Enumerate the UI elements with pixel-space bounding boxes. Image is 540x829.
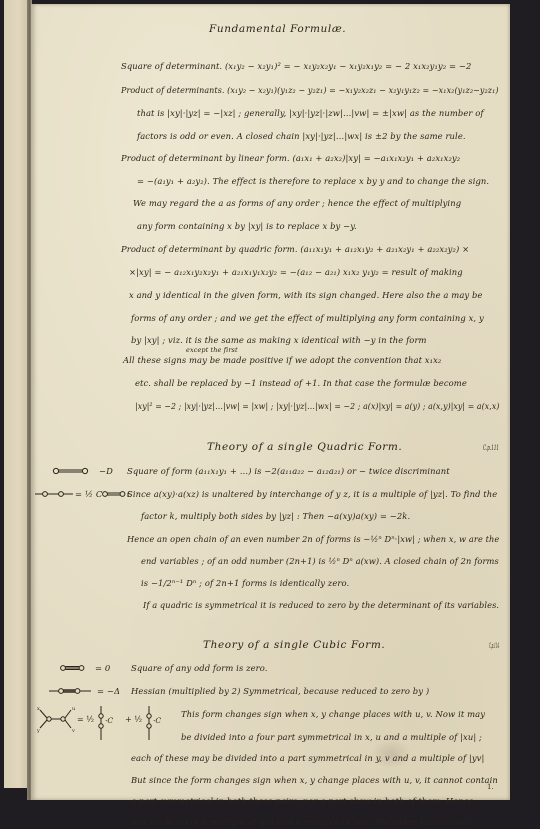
text-line: by |xy| ; viz. it is the same as making … (131, 336, 427, 344)
hessian-diagram-icon (49, 686, 93, 696)
interlinear-insertion: except the first (186, 347, 238, 354)
margin-note: = −Δ (97, 687, 120, 695)
text-line: end variables ; of an odd number (2n+1) … (141, 557, 499, 565)
text-line: forms of any order ; and we get the effe… (131, 314, 484, 322)
text-line: it is made up of a multiple of |yv| and … (131, 818, 467, 826)
adjacent-page-edge (4, 0, 28, 788)
text-line: If a quadric is symmetrical it is reduce… (143, 601, 499, 609)
text-line: Hessian (multiplied by 2) Symmetrical, b… (131, 687, 429, 695)
text-line: is −1/2ⁿ⁻¹ Dⁿ ; of 2n+1 forms is identic… (141, 579, 349, 587)
cubic-four-ended-diagram-icon: x y u v = ½ ·C + ½ ·C (37, 704, 187, 744)
text-line: But since the form changes sign when x, … (131, 776, 498, 784)
text-line: be divided into a four part symmetrical … (181, 733, 482, 741)
margin-note: = 0 (95, 664, 110, 672)
section-title-cubic-form: Theory of a single Cubic Form. (203, 640, 385, 651)
section-title-fundamental-formulae: Fundamental Formulæ. (209, 24, 346, 35)
svg-text:y: y (37, 728, 40, 734)
text-line: ×|xy| = − a₁₂x₁y₂x₂y₁ + a₂₁x₁y₁x₂y₂ = −(… (129, 268, 463, 276)
svg-text:x: x (37, 706, 40, 712)
odd-form-square-diagram-icon (59, 663, 89, 673)
text-line: any form containing x by |xy| is to repl… (137, 222, 357, 230)
text-line: each of these may be divided into a part… (131, 754, 484, 762)
text-line: Square of form (a₁₁x₁y₁ + …) is −2(a₁₁a₂… (127, 467, 450, 475)
open-chain-diagram-icon (35, 489, 75, 499)
svg-text:·C: ·C (153, 716, 161, 725)
two-node-chain-diagram-icon (51, 466, 101, 476)
text-line: Since a(xy)·a(xz) is unaltered by interc… (127, 490, 497, 498)
manuscript-scan: Fundamental Formulæ. Square of determina… (0, 0, 540, 829)
section-reference: C.p.111 (483, 444, 499, 452)
section-reference: C.p.114 (489, 642, 499, 650)
page-number: 1. (487, 784, 494, 791)
svg-text:u: u (72, 706, 76, 712)
margin-note: −D (99, 467, 113, 475)
text-line: Product of determinant by quadric form. … (121, 245, 469, 253)
text-line: Square of determinant. (x₁y₂ − x₂y₁)² = … (121, 62, 471, 70)
text-line: x and y identical in the given form, wit… (129, 291, 483, 299)
text-line: All these signs may be made positive if … (123, 356, 441, 364)
svg-text:·C: ·C (105, 716, 113, 725)
text-line: etc. shall be replaced by −1 instead of … (135, 379, 467, 387)
text-line: a part symmetrical in both these pairs, … (131, 797, 474, 805)
svg-text:+ ½: + ½ (125, 715, 142, 724)
text-line: Square of any odd form is zero. (131, 664, 268, 672)
text-line: Product of determinant by linear form. (… (121, 154, 460, 162)
text-line: factor k, multiply both sides by |yz| : … (141, 512, 410, 520)
text-line: Product of determinants. (x₁y₂ − x₂y₁)(y… (121, 86, 499, 94)
margin-note: = ½ C (75, 490, 102, 498)
text-line: Hence an open chain of an even number 2n… (127, 535, 499, 543)
text-line: This form changes sign when x, y change … (181, 710, 485, 718)
formula-line: |xy|² = −2 ; |xy|·|yz|…|vw| = |xw| ; |xy… (135, 402, 499, 410)
text-line: that is |xy|·|yz| = −|xz| ; generally, |… (137, 109, 484, 117)
text-line: = −(a₁y₁ + a₂y₂). The effect is therefor… (137, 177, 489, 185)
text-line: factors is odd or even. A closed chain |… (137, 132, 466, 140)
section-title-quadric-form: Theory of a single Quadric Form. (207, 442, 402, 453)
text-line: We may regard the a as forms of any orde… (133, 199, 461, 207)
manuscript-page: Fundamental Formulæ. Square of determina… (31, 4, 510, 800)
svg-text:v: v (71, 728, 75, 734)
svg-text:= ½: = ½ (77, 715, 94, 724)
